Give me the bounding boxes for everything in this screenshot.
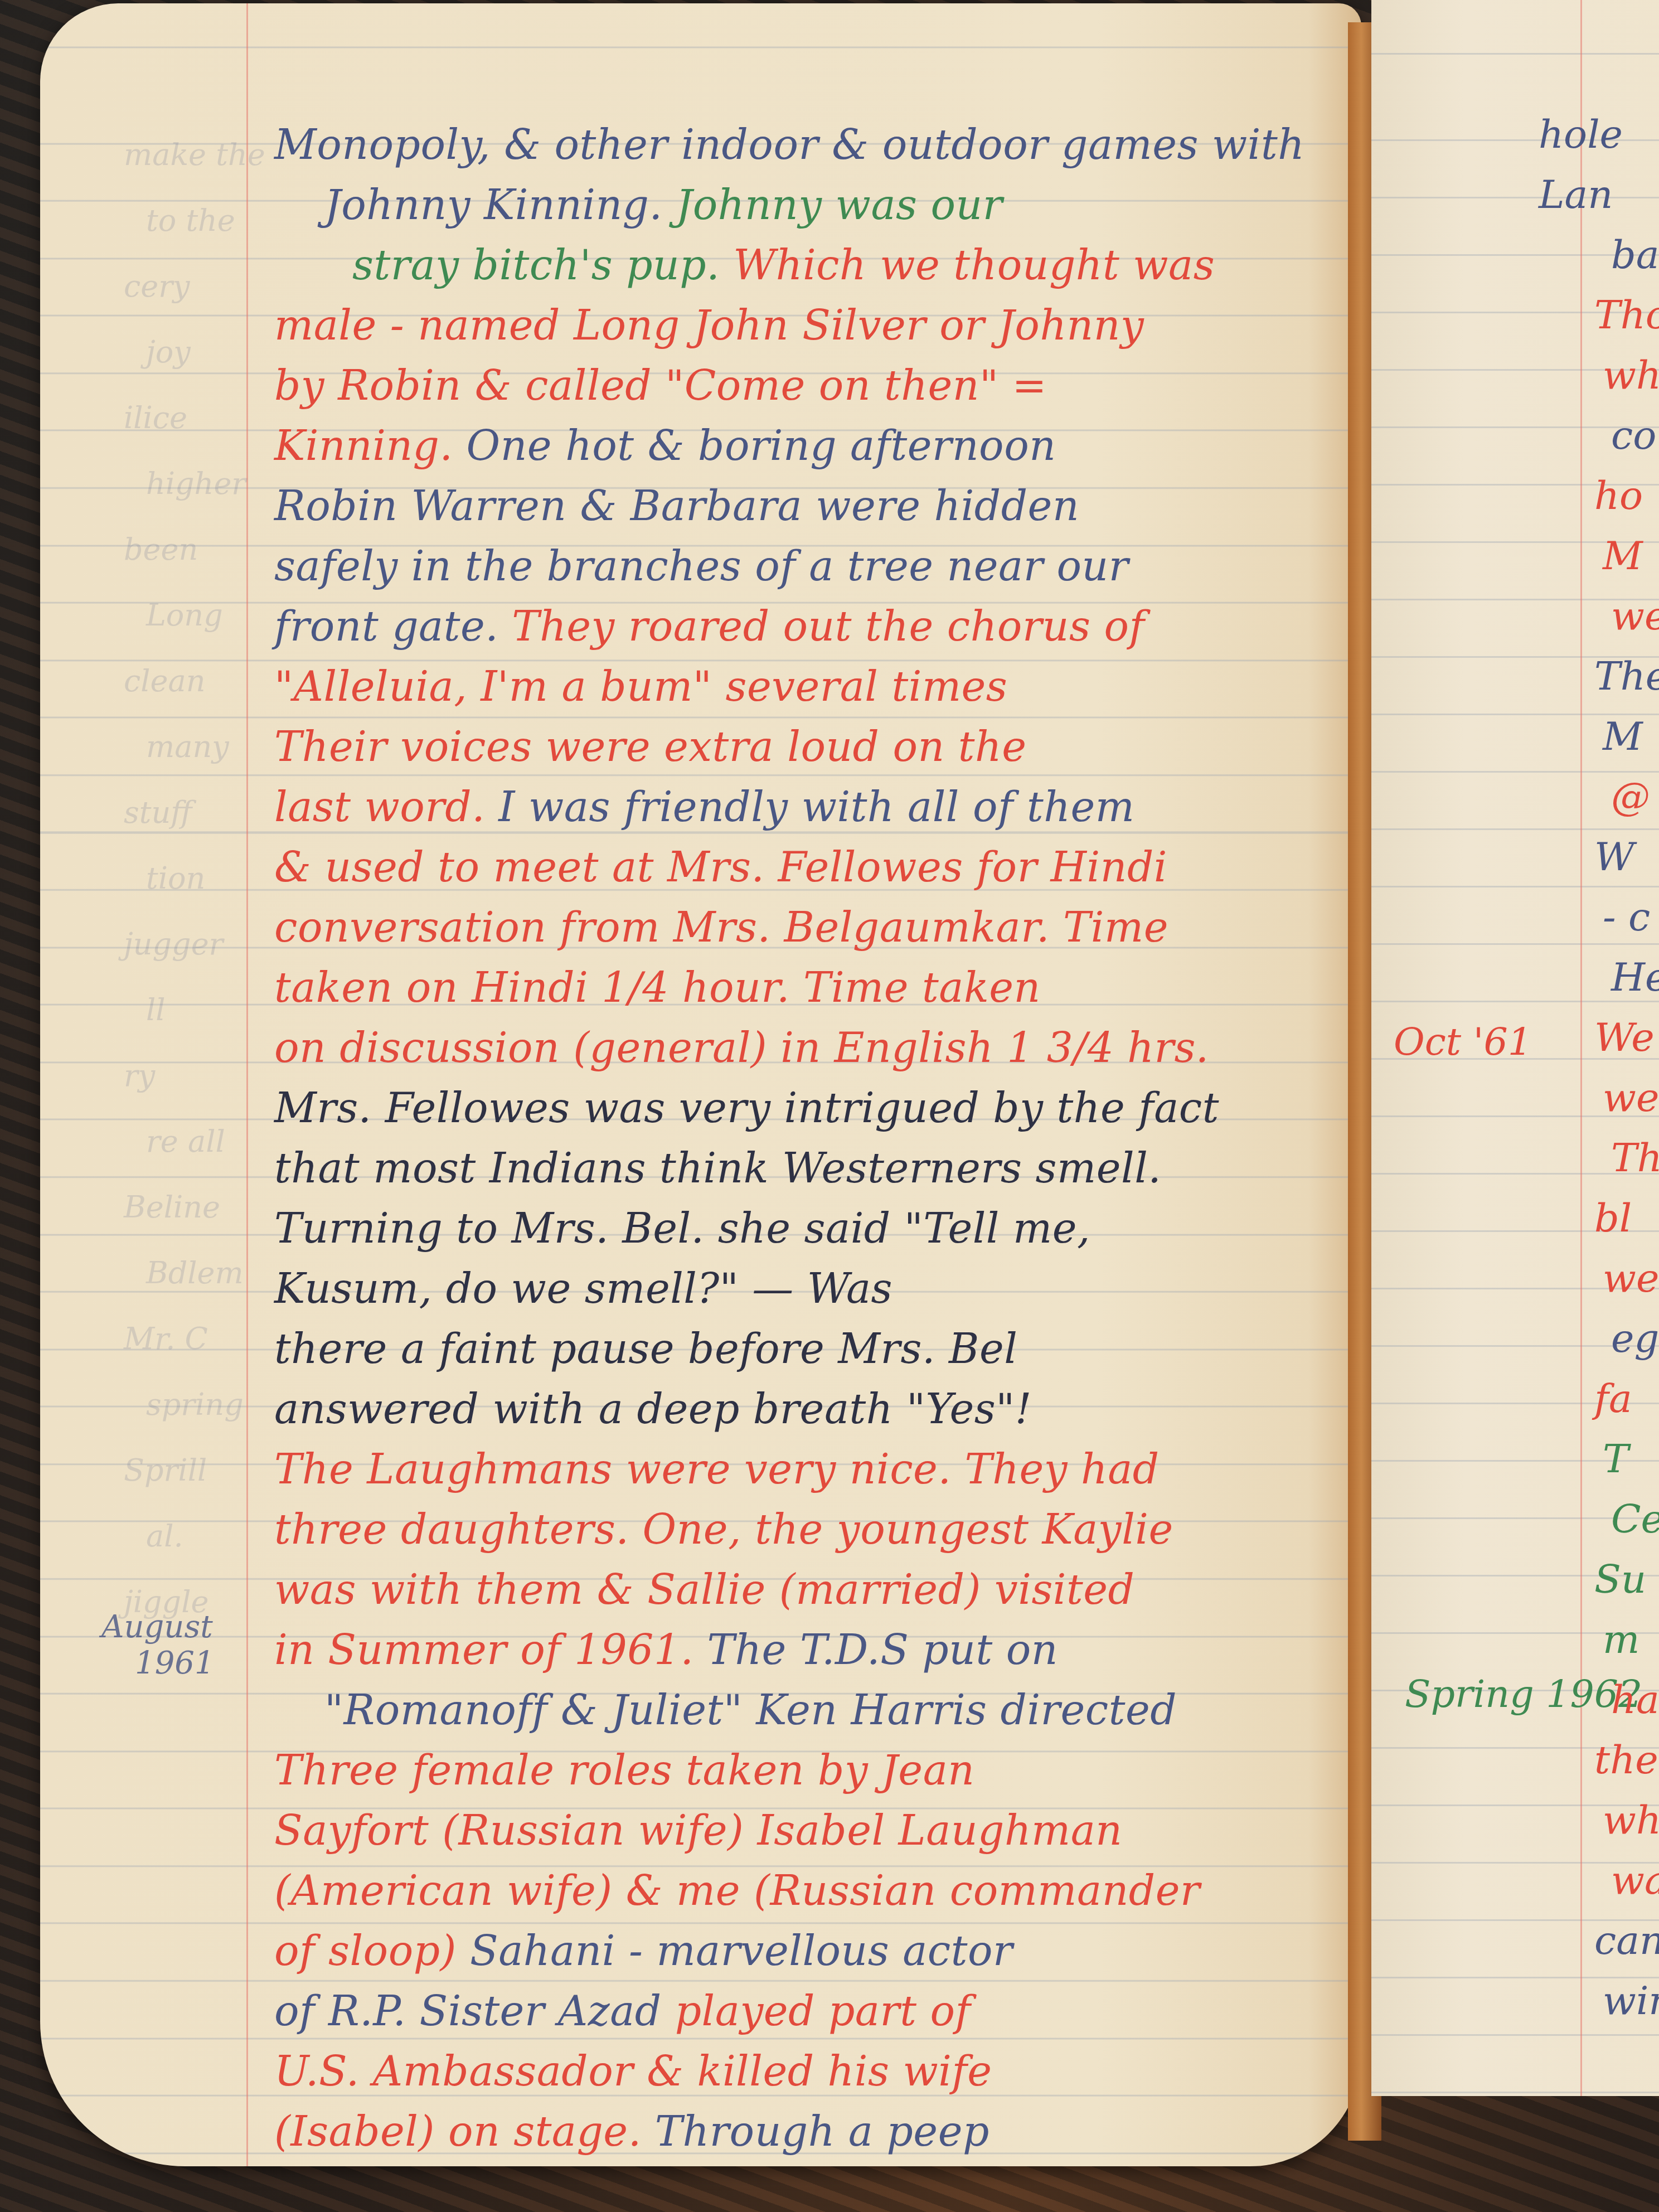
ink-segment-red: Three female roles taken by Jean (274, 1747, 974, 1794)
right-page-fragment: the (1594, 1737, 1658, 1783)
bleed-through-word: spring (146, 1387, 244, 1422)
handwritten-line: was with them & Sallie (married) visited (274, 1560, 1361, 1620)
ink-segment-red: & used to meet at Mrs. Fellowes for Hind… (274, 843, 1167, 891)
left-margin-rule (246, 3, 248, 2166)
bleed-through-word: been (124, 532, 198, 567)
ink-segment-red: three daughters. One, the youngest Kayli… (274, 1506, 1173, 1554)
bleed-through-word: al. (146, 1519, 183, 1554)
handwritten-line: "Alleluia, I'm a bum" several times (274, 657, 1361, 717)
ink-segment-red: (Isabel) on stage. (274, 2108, 655, 2156)
ink-segment-red: last word. (274, 783, 498, 831)
ink-segment-red: of sloop) (274, 1927, 470, 1975)
ink-segment-red: U.S. Ambassador & killed his wife (274, 2048, 992, 2095)
handwritten-line: three daughters. One, the youngest Kayli… (274, 1500, 1361, 1560)
ink-segment-red: by Robin & called "Come on then" = (274, 362, 1047, 410)
ink-segment-green: Johnny was our (676, 181, 1003, 229)
right-page-fragment: we (1611, 593, 1659, 639)
ink-segment-blue: Through a peep (655, 2108, 989, 2156)
handwritten-line: on discussion (general) in English 1 3/4… (274, 1018, 1361, 1078)
ink-segment-red: "Alleluia, I'm a bum" several times (274, 663, 1007, 711)
ink-segment-red: (American wife) & me (Russian commander (274, 1867, 1200, 1915)
handwritten-line: that most Indians think Westerners smell… (274, 1138, 1361, 1199)
right-page-fragment: The (1594, 653, 1659, 699)
ink-segment-blue: "Romanoff & Juliet" Ken Harris directed (324, 1686, 1177, 1734)
ink-segment-red: Which we thought was (733, 241, 1215, 289)
handwritten-line: U.S. Ambassador & killed his wife (274, 2041, 1361, 2102)
ink-segment-red: played part of (675, 1987, 971, 2035)
right-page-fragment: @ (1611, 774, 1650, 819)
bleed-through-word: to the (146, 203, 235, 238)
right-page-fragment: wh (1603, 1797, 1659, 1843)
handwritten-line: Sayfort (Russian wife) Isabel Laughman (274, 1801, 1361, 1861)
margin-date-note: August 1961 (101, 1609, 215, 1681)
handwritten-line: & used to meet at Mrs. Fellowes for Hind… (274, 837, 1361, 898)
ink-segment-red: was with them & Sallie (married) visited (274, 1566, 1134, 1614)
margin-date-month: August (101, 1609, 215, 1645)
right-page-fragment: ha (1611, 1677, 1659, 1723)
ink-segment-blue: I was friendly with all of them (498, 783, 1134, 831)
ink-segment-black: Mrs. Fellowes was very intrigued by the … (274, 1084, 1219, 1132)
handwritten-line: "Romanoff & Juliet" Ken Harris directed (274, 1680, 1361, 1740)
handwritten-line: answered with a deep breath "Yes"! (274, 1379, 1361, 1439)
ink-segment-red: on discussion (general) in English 1 3/4… (274, 1024, 1209, 1072)
right-page-fragment: He (1611, 954, 1659, 1000)
bleed-through-word: Beline (124, 1190, 220, 1225)
bleed-through-word: ry (124, 1058, 155, 1093)
right-margin-rule (1580, 0, 1582, 2096)
right-page-fragment: ho (1594, 473, 1643, 518)
handwritten-line: Robin Warren & Barbara were hidden (274, 476, 1361, 536)
right-page-fragment: W (1594, 834, 1634, 880)
bleed-through-word: ll (146, 992, 166, 1027)
ink-segment-red: taken on Hindi 1/4 hour. Time taken (274, 964, 1041, 1012)
handwritten-line: Three female roles taken by Jean (274, 1740, 1361, 1801)
right-page-fragment: can (1594, 1918, 1659, 1963)
handwritten-line: last word. I was friendly with all of th… (274, 777, 1361, 837)
handwritten-line: The Laughmans were very nice. They had (274, 1439, 1361, 1500)
ink-segment-blue: Robin Warren & Barbara were hidden (274, 482, 1079, 530)
right-page-fragment: co (1611, 413, 1656, 458)
ink-segment-black: Kusum, do we smell?" — Was (274, 1265, 892, 1313)
right-page-fragment: ba (1611, 232, 1659, 278)
ink-segment-red: conversation from Mrs. Belgaumkar. Time (274, 904, 1168, 952)
right-page-fragment: M (1603, 714, 1643, 759)
right-page-fragment: we (1603, 1075, 1659, 1120)
right-page-fragment: Lan (1539, 172, 1613, 217)
ink-segment-red: They roared out the chorus of (512, 603, 1144, 651)
ink-segment-black: there a faint pause before Mrs. Bel (274, 1325, 1017, 1373)
ink-segment-blue: Johnny Kinning. (324, 181, 676, 229)
ink-segment-blue: front gate. (274, 603, 512, 651)
bleed-through-word: many (146, 729, 229, 764)
handwritten-line: Kusum, do we smell?" — Was (274, 1259, 1361, 1319)
handwritten-line: Mrs. Fellowes was very intrigued by the … (274, 1078, 1361, 1138)
bleed-through-word: Mr. C (124, 1321, 208, 1356)
right-page-fragment: m (1603, 1617, 1639, 1662)
ink-segment-blue: of R.P. Sister Azad (274, 1987, 675, 2035)
right-page-fragment: wh (1603, 352, 1659, 398)
ink-segment-red: Kinning. (274, 422, 467, 470)
ink-segment-black: answered with a deep breath "Yes"! (274, 1385, 1032, 1433)
bleed-through-word: re all (146, 1124, 225, 1159)
right-page-fragment: Su (1594, 1556, 1646, 1602)
bleed-through-word: joy (146, 334, 191, 370)
ink-segment-green: stray bitch's pup. (352, 241, 733, 289)
handwritten-line: Their voices were extra loud on the (274, 717, 1361, 777)
handwritten-text-body: Monopoly, & other indoor & outdoor games… (274, 115, 1361, 2162)
handwritten-line: (Isabel) on stage. Through a peep (274, 2102, 1361, 2162)
right-page-fragment: T (1603, 1436, 1629, 1482)
bleed-through-word: tion (146, 861, 205, 896)
right-page-fragment: we (1603, 1255, 1659, 1301)
handwritten-line: taken on Hindi 1/4 hour. Time taken (274, 958, 1361, 1018)
bleed-through-word: clean (124, 663, 205, 698)
right-page-fragment: M (1603, 533, 1643, 579)
ink-segment-blue: One hot & boring afternoon (467, 422, 1056, 470)
bleed-through-word: higher (146, 466, 246, 501)
handwritten-line: front gate. They roared out the chorus o… (274, 596, 1361, 657)
margin-date-oct-61: Oct '61 (1394, 1020, 1532, 1064)
handwritten-line: of R.P. Sister Azad played part of (274, 1981, 1361, 2041)
bleed-through-word: stuff (124, 795, 192, 830)
ink-segment-blue: Sahani - marvellous actor (470, 1927, 1013, 1975)
bleed-through-word: jugger (124, 926, 223, 962)
ink-segment-blue: safely in the branches of a tree near ou… (274, 542, 1129, 590)
ink-segment-red: Their voices were extra loud on the (274, 723, 1026, 771)
right-page-fragment: Th (1611, 1135, 1659, 1181)
left-notebook-page: make theto theceryjoyilicehigherbeenLong… (40, 3, 1361, 2166)
handwritten-line: (American wife) & me (Russian commander (274, 1861, 1361, 1921)
bleed-through-word: cery (124, 269, 190, 304)
handwritten-line: by Robin & called "Come on then" = (274, 356, 1361, 416)
ink-segment-red: The Laughmans were very nice. They had (274, 1445, 1160, 1493)
right-page-fragment: - c (1603, 894, 1650, 940)
ink-segment-blue: Monopoly, & other indoor & outdoor games… (274, 121, 1304, 169)
handwritten-line: male - named Long John Silver or Johnny (274, 295, 1361, 356)
right-page-fragment: fa (1594, 1376, 1632, 1422)
bleed-through-word: ilice (124, 400, 187, 435)
handwritten-line: there a faint pause before Mrs. Bel (274, 1319, 1361, 1379)
ink-segment-red: in Summer of 1961. (274, 1626, 707, 1674)
ink-segment-black: Turning to Mrs. Bel. she said "Tell me, (274, 1205, 1090, 1253)
bleed-through-word: make the (124, 137, 265, 172)
ink-segment-black: that most Indians think Westerners smell… (274, 1144, 1161, 1192)
margin-date-year: 1961 (101, 1645, 215, 1681)
margin-date-spring-1962: Spring 1962 (1405, 1672, 1642, 1716)
ink-segment-red: male - named Long John Silver or Johnny (274, 302, 1144, 350)
right-page-fragment: wa (1611, 1857, 1659, 1903)
bleed-through-word: Bdlem (146, 1255, 244, 1291)
handwritten-line: Kinning. One hot & boring afternoon (274, 416, 1361, 476)
bleed-through-word: Long (146, 598, 223, 633)
right-page-fragment: Ce (1611, 1496, 1659, 1542)
right-notebook-page: Oct '61 Spring 1962 holeLanbaThowhcohoMw… (1371, 0, 1659, 2096)
right-page-fragment: hole (1539, 111, 1623, 157)
handwritten-line: conversation from Mrs. Belgaumkar. Time (274, 898, 1361, 958)
bleed-through-word: Sprill (124, 1453, 207, 1488)
handwritten-line: in Summer of 1961. The T.D.S put on (274, 1620, 1361, 1680)
handwritten-line: Monopoly, & other indoor & outdoor games… (274, 115, 1361, 175)
right-page-fragment: eg (1611, 1316, 1659, 1361)
handwritten-line: Turning to Mrs. Bel. she said "Tell me, (274, 1199, 1361, 1259)
handwritten-line: Johnny Kinning. Johnny was our (274, 175, 1361, 235)
handwritten-line: of sloop) Sahani - marvellous actor (274, 1921, 1361, 1981)
right-page-fragment: We (1594, 1015, 1655, 1060)
right-page-fragment: Tho (1594, 292, 1659, 338)
ink-segment-blue: The T.D.S put on (707, 1626, 1058, 1674)
ink-segment-red: Sayfort (Russian wife) Isabel Laughman (274, 1807, 1123, 1855)
handwritten-line: safely in the branches of a tree near ou… (274, 536, 1361, 596)
handwritten-line: stray bitch's pup. Which we thought was (274, 235, 1361, 295)
right-page-fragment: win (1603, 1978, 1659, 2024)
right-page-fragment: bl (1594, 1195, 1632, 1241)
